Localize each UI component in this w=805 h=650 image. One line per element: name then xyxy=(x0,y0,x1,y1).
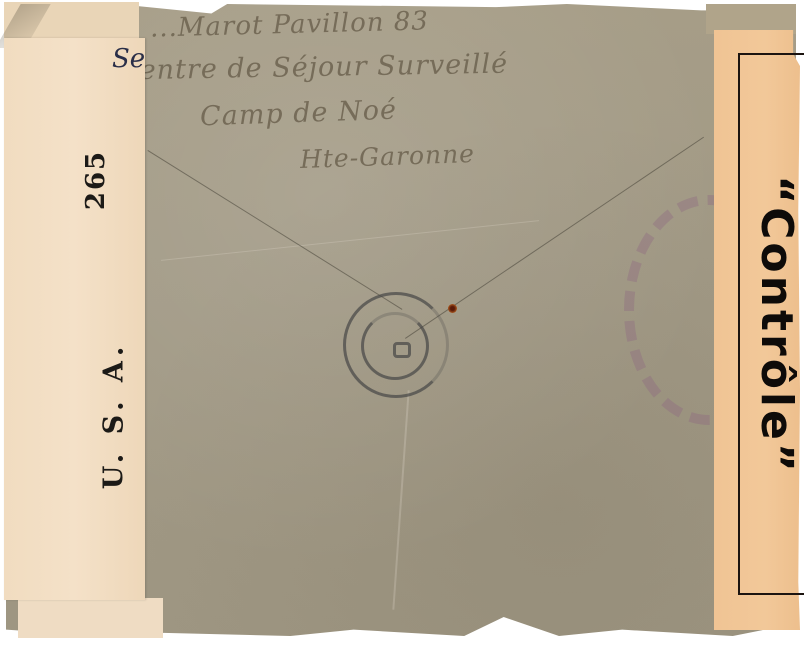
left-tape-bottom-flap xyxy=(18,598,163,638)
rust-spot xyxy=(448,304,457,313)
controle-label: “Contrôle” xyxy=(752,160,802,490)
right-tape-top-edge xyxy=(706,4,796,34)
censor-number: 265 xyxy=(81,150,111,210)
postmark-stamp xyxy=(343,292,451,400)
censor-tape-usa xyxy=(4,38,145,600)
blue-ink-annotation: Se xyxy=(112,44,145,74)
censor-country: U. S. A. xyxy=(98,342,129,490)
postmark-center xyxy=(393,342,411,358)
sender-region-line: Hte-Garonne xyxy=(300,139,476,174)
